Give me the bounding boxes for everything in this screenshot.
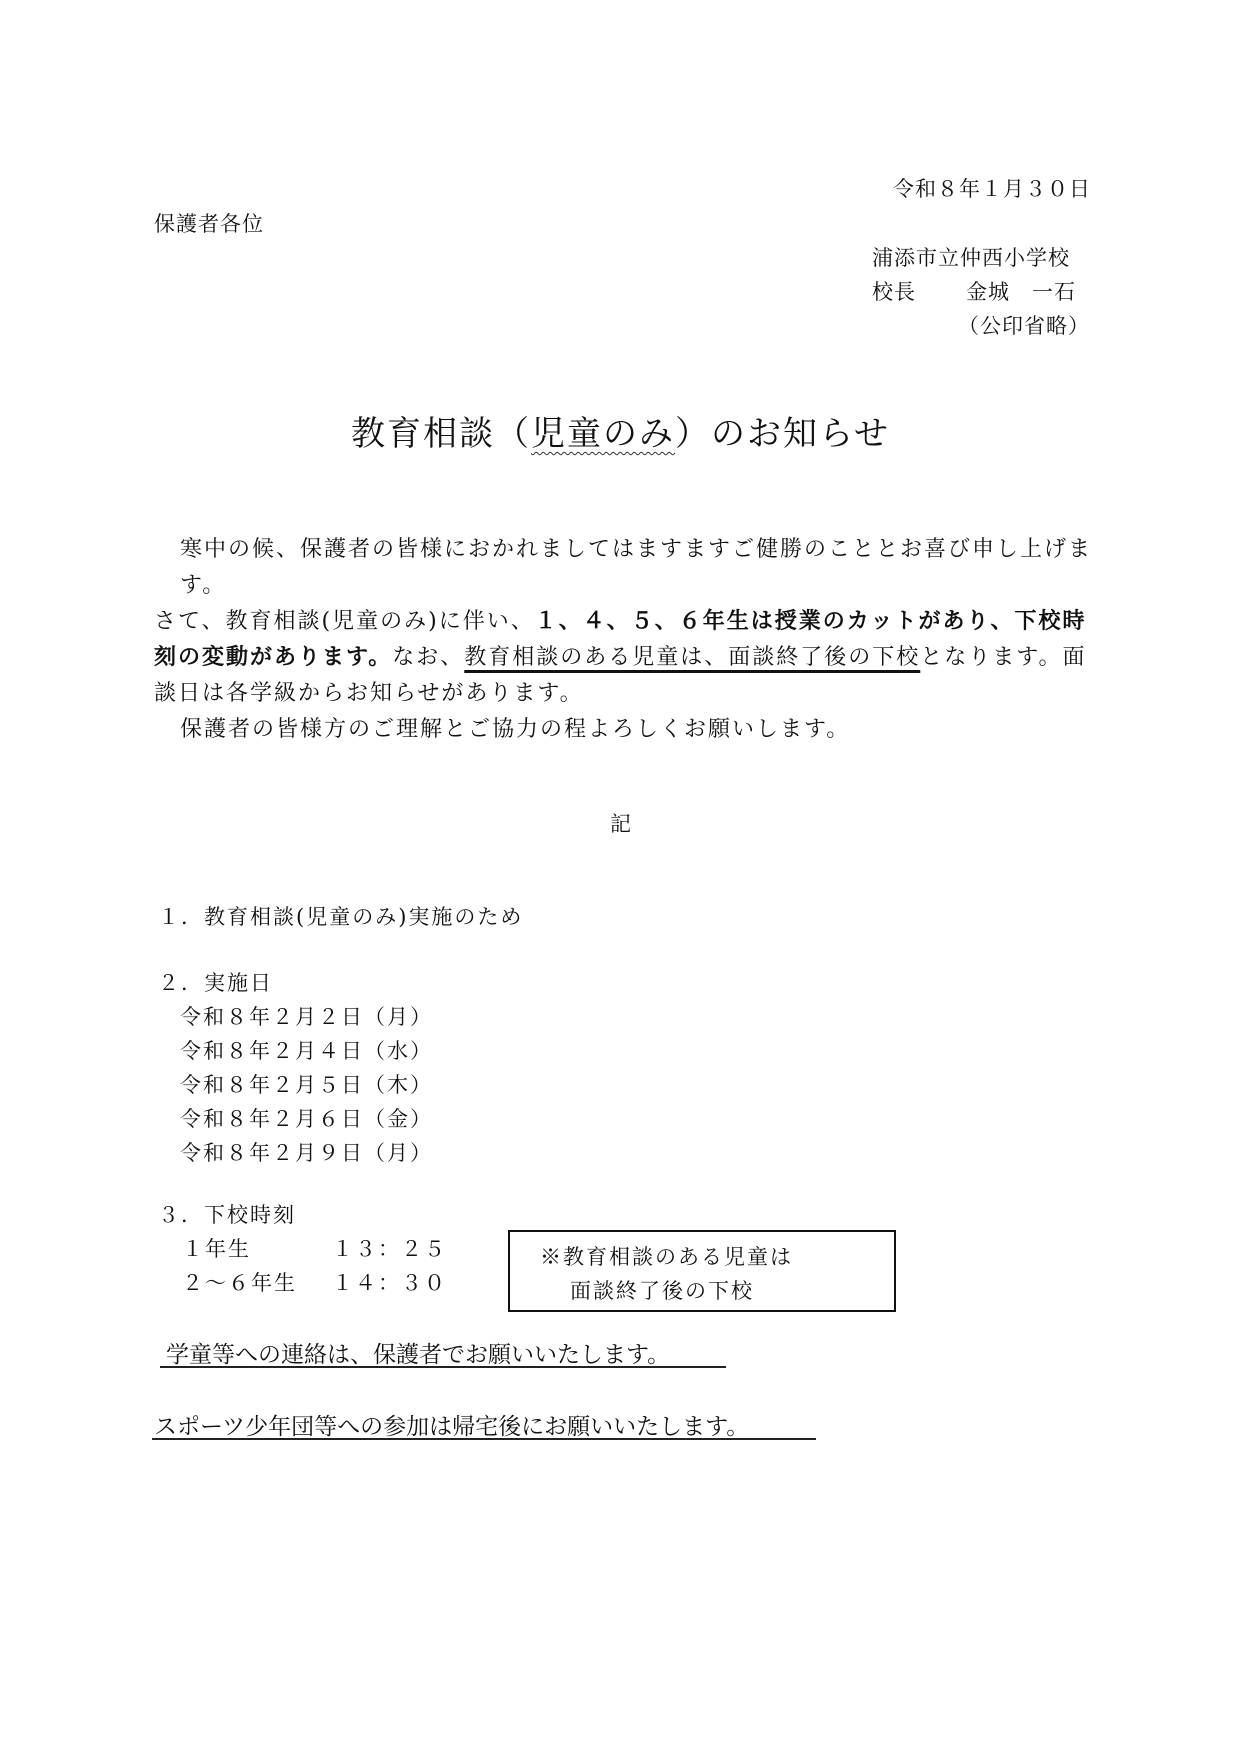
gakudo-underline: [160, 1366, 726, 1368]
date-item: 令和８年２月６日（金）: [180, 1102, 433, 1136]
date-item: 令和８年２月２日（月）: [180, 1000, 433, 1034]
time-row: １年生 １３：２５: [182, 1232, 447, 1266]
note-box: ※教育相談のある児童は 面談終了後の下校: [508, 1230, 896, 1312]
time-value: １４：３０: [332, 1266, 447, 1300]
time-value: １３：２５: [332, 1232, 447, 1266]
item-3-heading: ３．下校時刻: [158, 1198, 296, 1232]
sender-school: 浦添市立仲西小学校: [872, 244, 1070, 272]
notice-document: 令和８年１月３０日 保護者各位 浦添市立仲西小学校 校長金城 一石 （公印省略）…: [0, 0, 1241, 1754]
notice-mid: なお、: [392, 645, 464, 670]
date-item: 令和８年２月４日（水）: [180, 1034, 433, 1068]
principal-name: 金城 一石: [966, 280, 1076, 304]
title-suffix: ）のお知らせ: [675, 414, 890, 454]
grade-label: １年生: [182, 1232, 332, 1266]
note-box-line1: ※教育相談のある児童は: [540, 1240, 793, 1274]
date-item: 令和８年２月５日（木）: [180, 1068, 433, 1102]
greeting-paragraph: 寒中の候、保護者の皆様におかれましてはますますご健勝のこととお喜び申し上げます。: [154, 532, 1094, 604]
date-item: 令和８年２月９日（月）: [180, 1136, 433, 1170]
time-row: ２～６年生 １４：３０: [182, 1266, 447, 1300]
note-box-line2: 面談終了後の下校: [570, 1274, 754, 1308]
title-emphasis: 児童のみ: [531, 414, 675, 454]
closing-paragraph: 保護者の皆様方のご理解とご協力の程よろしくお願いします。: [154, 712, 1094, 748]
grade-label: ２～６年生: [182, 1266, 332, 1300]
seal-note: （公印省略）: [958, 312, 1090, 340]
notice-intro: さて、教育相談(児童のみ)に伴い、: [154, 609, 535, 634]
dismissal-times: １年生 １３：２５ ２～６年生 １４：３０: [182, 1232, 447, 1300]
addressee: 保護者各位: [154, 210, 264, 238]
ki-heading: 記: [0, 808, 1241, 838]
sender-principal: 校長金城 一石: [872, 278, 1076, 306]
page-title: 教育相談（児童のみ）のお知らせ: [0, 410, 1241, 458]
notice-paragraph: さて、教育相談(児童のみ)に伴い、１、４、５、６年生は授業のカットがあり、下校時…: [154, 604, 1094, 712]
issue-date: 令和８年１月３０日: [893, 175, 1091, 203]
gakudo-note: 学童等への連絡は、保護者でお願いいたします。: [166, 1336, 670, 1369]
principal-title: 校長: [872, 280, 916, 304]
sports-note: スポーツ少年団等への参加は帰宅後にお願いいたします。: [154, 1408, 749, 1441]
sports-underline: [152, 1438, 816, 1440]
date-list: 令和８年２月２日（月） 令和８年２月４日（水） 令和８年２月５日（木） 令和８年…: [180, 1000, 433, 1170]
title-prefix: 教育相談（: [351, 414, 531, 454]
body-text: 寒中の候、保護者の皆様におかれましてはますますご健勝のこととお喜び申し上げます。…: [154, 532, 1094, 748]
item-1: １．教育相談(児童のみ)実施のため: [158, 900, 523, 934]
item-2-heading: ２．実施日: [158, 966, 273, 1000]
notice-underlined: 教育相談のある児童は、面談終了後の下校: [464, 645, 920, 670]
